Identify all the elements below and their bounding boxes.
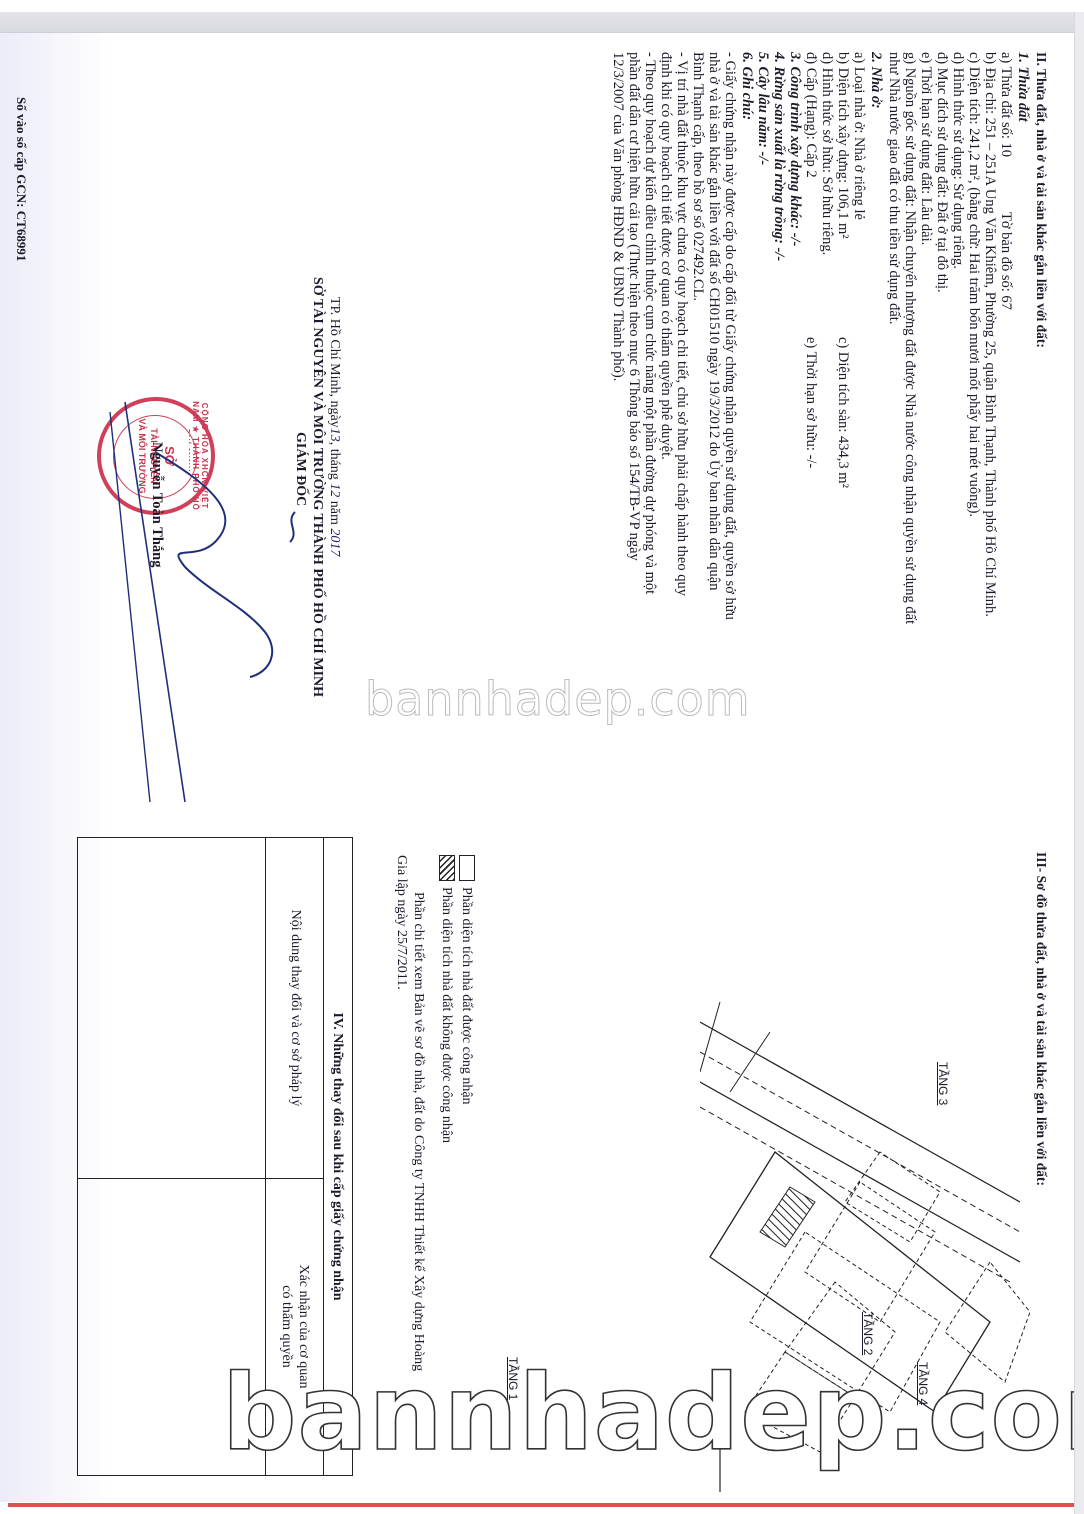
legend-unrecognized-swatch [439,855,455,881]
land-origin-line1: g) Nguồn gốc sử dụng đất: Nhận chuyển nh… [901,52,918,624]
house-ownership: d) Hình thức sở hữu: Sở hữu riêng. [818,52,835,255]
note-line: phần đất dân cư hiện hữu cải tạo (Thực h… [625,52,642,561]
house-grade: đ) Cấp (Hạng): Cấp 2 [802,52,819,178]
note-line: 12/3/2007 của Văn phòng HĐND & UBND Thàn… [609,52,626,381]
legend-unrecognized-label: Phần diện tích nhà đất không được công n… [438,887,455,1143]
other-works: 3. Công trình xây dựng khác: -/- [786,52,803,246]
bottom-accent-line [8,1503,1074,1507]
house-heading: 2. Nhà ở: [867,52,884,109]
land-heading: 1. Thửa đất [1014,52,1031,122]
diagram-detail-line2: Gia lập ngày 25/7/2011. [393,855,410,990]
registry-number: Số vào sổ cấp GCN: CT68991 [13,97,30,261]
diagram-detail-line1: Phần chi tiết xem Bản vẽ sơ đồ nhà, đất … [410,892,427,1371]
section-2-title: II. Thửa đất, nhà ở và tài sản khác gắn … [1033,52,1050,348]
date-prefix: TP. Hồ Chí Minh, ngày [327,297,342,428]
watermark-large: bannhadep.com [222,1358,1084,1468]
window-top-strip [0,0,1084,12]
table-col1-header: Nội dung thay đổi và cơ sở pháp lý [287,838,304,1178]
land-area: c) Diện tích: 241,2 m², (bằng chữ: Hai t… [965,52,982,517]
signing-agency: SỞ TÀI NGUYÊN VÀ MÔI TRƯỜNG THÀNH PHỐ HỒ… [309,277,326,697]
production-forest: 4. Rừng sản xuất là rừng trồng: -/- [770,52,787,261]
date-month-prefix: tháng [327,449,342,480]
perennial-trees: 5. Cây lâu năm: -/- [754,52,771,165]
house-floor-area: c) Diện tích sàn: 434,3 m² [834,337,851,488]
section-3-title: III- Sơ đồ thửa đất, nhà ở và tài sản kh… [1033,852,1050,1186]
signature-place-date: TP. Hồ Chí Minh, ngày13, tháng 12 năm 20… [326,297,343,556]
house-type: a) Loại nhà ở: Nhà ở riêng lẻ [850,52,867,220]
signature-scribble [105,392,305,812]
house-build-area: b) Diện tích xây dựng: 106,1 m² [834,52,851,239]
floor-label-3: TẦNG 3 [936,1062,950,1105]
note-line: - Theo quy hoạch dự kiến điều chỉnh thuộ… [641,52,658,594]
date-year-prefix: năm [327,501,342,525]
land-use-form: d) Hình thức sử dụng: Sử dụng riêng. [949,52,966,269]
viewer-right-edge [1074,12,1084,1514]
land-parcel-number: a) Thửa đất số: 10 [997,52,1014,157]
date-day: 13 [327,428,342,442]
land-map-sheet: Tờ bản đồ số: 67 [997,212,1014,310]
floor-label-2: TẦNG 2 [861,1312,875,1355]
land-origin-line2: như Nhà nước giao đất có thu tiền sử dụn… [885,52,902,324]
note-line: - Giấy chứng nhận này được cấp do cấp đổ… [721,52,738,620]
notes-heading: 6. Ghi chú: [738,52,755,120]
watermark-small: bannhadep.com [365,672,751,726]
land-use-term: e) Thời hạn sử dụng đất: Lâu dài. [917,52,934,245]
certificate-page: II. Thửa đất, nhà ở và tài sản khác gắn … [0,32,1075,1502]
signer-name: Nguyễn Toàn Thắng [148,442,165,567]
date-year: 2017 [327,528,342,556]
date-month: 12 [327,483,342,497]
note-line: - Vị trí nhà đất thuộc khu vực chưa có q… [673,52,690,596]
legend-recognized-label: Phần diện tích nhà đất được công nhận [458,887,475,1105]
note-line: Bình Thạnh cấp, theo hồ sơ số 027492.CL. [689,52,706,301]
note-line: nhà ở và tài sản khác gắn liền với đất s… [705,52,722,590]
land-address: b) Địa chỉ: 251 – 251A Ung Văn Khiêm, Ph… [981,52,998,617]
note-line: định khi có quy hoạch chi tiết được cơ q… [657,52,674,460]
house-ownership-term: e) Thời hạn sở hữu: -/- [802,337,819,468]
viewer-toolbar [0,12,1084,33]
legend-recognized-swatch [459,855,475,881]
land-use-purpose: đ) Mục đích sử dụng đất: Đất ở tại đô th… [933,52,950,293]
